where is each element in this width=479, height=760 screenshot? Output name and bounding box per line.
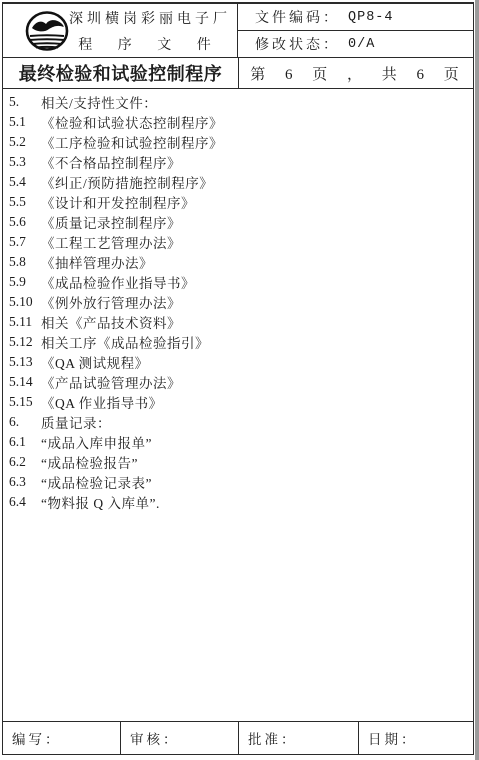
bird-over-waves-icon: [25, 11, 69, 51]
list-item-text: 《工程工艺管理办法》: [41, 232, 473, 252]
scan-edge: [475, 0, 479, 760]
list-item-text: 《抽样管理办法》: [41, 252, 473, 272]
list-item-number: 5.11: [3, 314, 41, 330]
doc-code-value: QP8-4: [348, 10, 394, 25]
list-item-text: “成品检验记录表”: [41, 472, 473, 492]
list-item-text: 《工序检验和试验控制程序》: [41, 132, 473, 152]
author-cell: 编写：: [3, 722, 121, 754]
list-item-text: “成品检验报告”: [41, 452, 473, 472]
list-item: 6.2 “成品检验报告”: [3, 452, 473, 472]
list-item: 5.7 《工程工艺管理办法》: [3, 232, 473, 252]
page-info: 第 6 页 ， 共 6 页: [250, 63, 462, 84]
list-item-number: 5.4: [3, 174, 41, 190]
list-item: 5.6 《质量记录控制程序》: [3, 212, 473, 232]
list-item-number: 6.: [3, 414, 41, 430]
list-item-number: 5.9: [3, 274, 41, 290]
list-item-number: 5.1: [3, 114, 41, 130]
list-item-text: 相关《产品技术资料》: [41, 312, 473, 332]
list-item-text: 《不合格品控制程序》: [41, 152, 473, 172]
list-item-number: 5.3: [3, 154, 41, 170]
author-label: 编写：: [12, 728, 62, 748]
list-item: 5.8 《抽样管理办法》: [3, 252, 473, 272]
doc-code-row: 文件编码： QP8-4: [238, 4, 473, 31]
approver-cell: 批准：: [239, 722, 359, 754]
list-item-number: 5.5: [3, 194, 41, 210]
list-item: 6.4 “物料报 Q 入库单”.: [3, 492, 473, 512]
list-item-text: 相关工序《成品检验指引》: [41, 332, 473, 352]
list-item-number: 6.4: [3, 494, 41, 510]
list-item-text: 《纠正/预防措施控制程序》: [41, 172, 473, 192]
date-cell: 日期：: [359, 722, 473, 754]
list-item-number: 5.7: [3, 234, 41, 250]
list-item-text: 相关/支持性文件：: [41, 92, 473, 112]
list-item: 5.5 《设计和开发控制程序》: [3, 192, 473, 212]
list-item-text: 质量记录：: [41, 412, 473, 432]
list-item: 5.14 《产品试验管理办法》: [3, 372, 473, 392]
list-item-number: 5.12: [3, 334, 41, 350]
list-item: 5.12 相关工序《成品检验指引》: [3, 332, 473, 352]
list-item: 5.10 《例外放行管理办法》: [3, 292, 473, 312]
list-item-number: 6.1: [3, 434, 41, 450]
document-body: 5. 相关/支持性文件： 5.1 《检验和试验状态控制程序》 5.2 《工序检验…: [3, 89, 473, 722]
list-item-text: 《设计和开发控制程序》: [41, 192, 473, 212]
title-cell: 最终检验和试验控制程序: [3, 58, 239, 88]
page-number-cell: 第 6 页 ， 共 6 页: [239, 58, 473, 88]
company-name: 深圳横岗彩丽电子厂 程 序 文 件: [69, 8, 237, 54]
list-item-number: 5.8: [3, 254, 41, 270]
list-item: 6.3 “成品检验记录表”: [3, 472, 473, 492]
list-item-text: 《例外放行管理办法》: [41, 292, 473, 312]
list-item: 5.11 相关《产品技术资料》: [3, 312, 473, 332]
approver-label: 批准：: [248, 728, 298, 748]
list-item-number: 5.13: [3, 354, 41, 370]
list-item-text: 《检验和试验状态控制程序》: [41, 112, 473, 132]
reviewer-label: 审核：: [130, 728, 180, 748]
list-item-number: 5.14: [3, 374, 41, 390]
list-item-text: 《质量记录控制程序》: [41, 212, 473, 232]
list-item-number: 6.3: [3, 474, 41, 490]
list-item: 6.1 “成品入库申报单”: [3, 432, 473, 452]
list-item: 6. 质量记录：: [3, 412, 473, 432]
list-item-number: 6.2: [3, 454, 41, 470]
list-item: 5.4 《纠正/预防措施控制程序》: [3, 172, 473, 192]
document-header: 深圳横岗彩丽电子厂 程 序 文 件 文件编码： QP8-4 修改状态： 0/A: [3, 4, 473, 58]
page-title: 最终检验和试验控制程序: [19, 60, 223, 86]
document-type-label: 程 序 文 件: [69, 34, 231, 54]
list-item: 5.2 《工序检验和试验控制程序》: [3, 132, 473, 152]
revision-row: 修改状态： 0/A: [238, 31, 473, 57]
procedure-document: 深圳横岗彩丽电子厂 程 序 文 件 文件编码： QP8-4 修改状态： 0/A …: [2, 2, 474, 755]
doc-meta-cell: 文件编码： QP8-4 修改状态： 0/A: [238, 4, 473, 57]
list-item-number: 5.: [3, 94, 41, 110]
list-item-text: “物料报 Q 入库单”.: [41, 492, 473, 512]
list-item-text: 《QA 作业指导书》: [41, 392, 473, 412]
revision-label: 修改状态：: [255, 34, 340, 54]
list-item-text: 《成品检验作业指导书》: [41, 272, 473, 292]
revision-value: 0/A: [348, 37, 375, 52]
list-item-text: 《产品试验管理办法》: [41, 372, 473, 392]
list-item: 5.9 《成品检验作业指导书》: [3, 272, 473, 292]
list-item-number: 5.6: [3, 214, 41, 230]
list-item: 5.13 《QA 测试规程》: [3, 352, 473, 372]
list-item-text: “成品入库申报单”: [41, 432, 473, 452]
list-item: 5.1 《检验和试验状态控制程序》: [3, 112, 473, 132]
document-list: 5. 相关/支持性文件： 5.1 《检验和试验状态控制程序》 5.2 《工序检验…: [3, 92, 473, 512]
list-item-number: 5.15: [3, 394, 41, 410]
list-item-text: 《QA 测试规程》: [41, 352, 473, 372]
reviewer-cell: 审核：: [121, 722, 239, 754]
list-item-number: 5.2: [3, 134, 41, 150]
date-label: 日期：: [368, 728, 418, 748]
signature-row: 编写： 审核： 批准： 日期：: [3, 722, 473, 754]
company-name-line1: 深圳横岗彩丽电子厂: [69, 8, 231, 28]
list-item: 5. 相关/支持性文件：: [3, 92, 473, 112]
company-cell: 深圳横岗彩丽电子厂 程 序 文 件: [3, 4, 238, 57]
list-item-number: 5.10: [3, 294, 41, 310]
title-row: 最终检验和试验控制程序 第 6 页 ， 共 6 页: [3, 58, 473, 89]
list-item: 5.3 《不合格品控制程序》: [3, 152, 473, 172]
doc-code-label: 文件编码：: [255, 7, 340, 27]
list-item: 5.15 《QA 作业指导书》: [3, 392, 473, 412]
